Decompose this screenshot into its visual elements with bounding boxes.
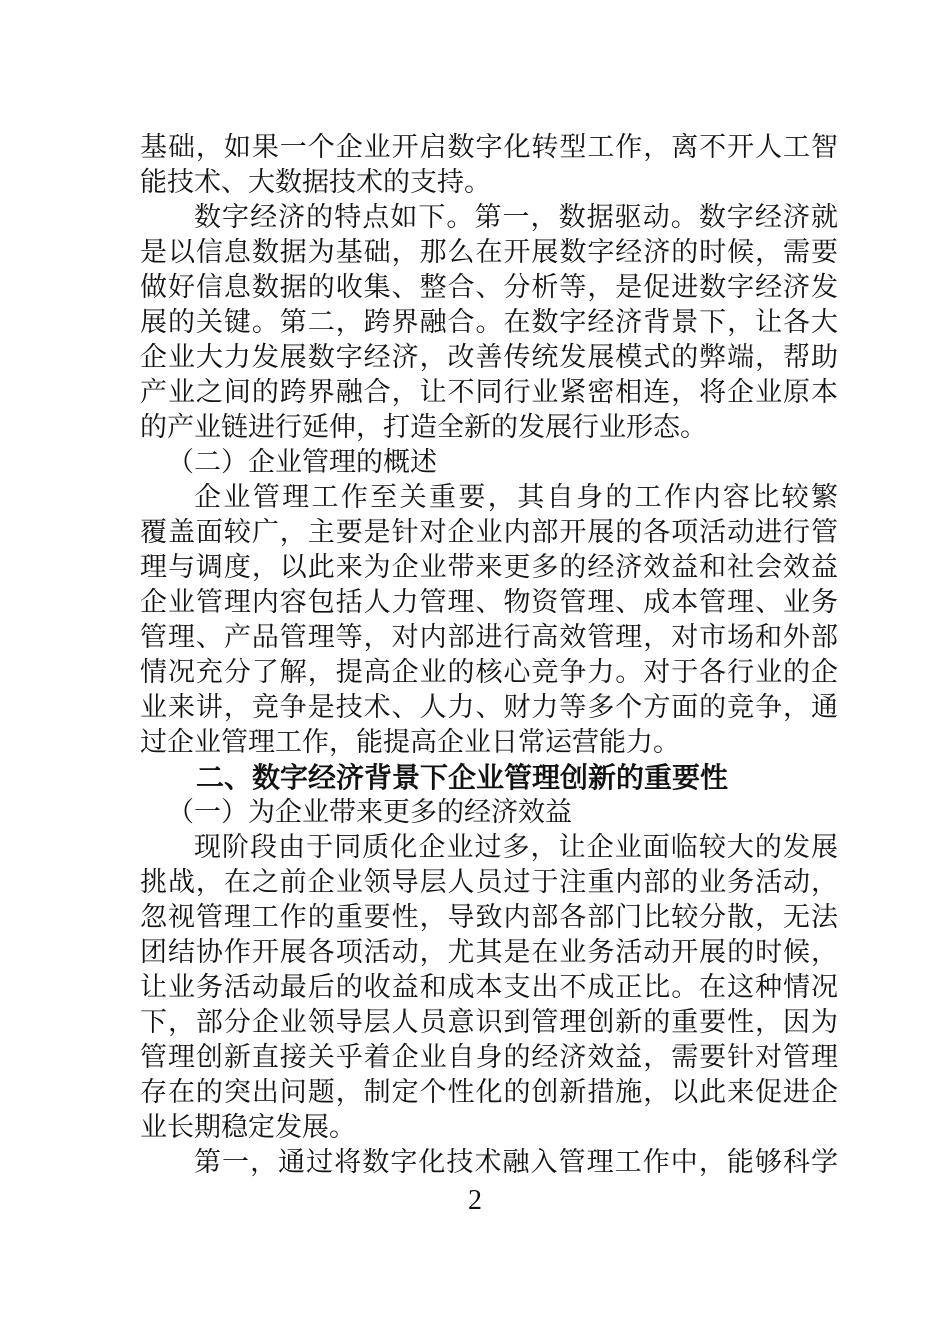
- text-line: 展的关键。第二，跨界融合。在数字经济背景下，让各大: [140, 305, 838, 340]
- section-heading: 二、数字经济背景下企业管理创新的重要性: [140, 760, 838, 795]
- text-line: 过企业管理工作，能提高企业日常运营能力。: [140, 725, 838, 760]
- text-line: 情况充分了解，提高企业的核心竞争力。对于各行业的企: [140, 655, 838, 690]
- text-line: 让业务活动最后的收益和成本支出不成正比。在这种情况: [140, 970, 838, 1005]
- text-line: 挑战，在之前企业领导层人员过于注重内部的业务活动，: [140, 865, 838, 900]
- text-line: 数字经济的特点如下。第一，数据驱动。数字经济就: [140, 200, 838, 235]
- text-line: 管理创新直接关乎着企业自身的经济效益，需要针对管理: [140, 1040, 838, 1075]
- document-page: 基础，如果一个企业开启数字化转型工作，离不开人工智 能技术、大数据技术的支持。 …: [0, 0, 950, 1344]
- text-line: 现阶段由于同质化企业过多，让企业面临较大的发展: [140, 830, 838, 865]
- text-line: 业长期稳定发展。: [140, 1110, 838, 1145]
- text-line: 能技术、大数据技术的支持。: [140, 165, 838, 200]
- text-line: 存在的突出问题，制定个性化的创新措施，以此来促进企: [140, 1075, 838, 1110]
- text-line: 企业大力发展数字经济，改善传统发展模式的弊端，帮助: [140, 340, 838, 375]
- text-line: 理与调度，以此来为企业带来更多的经济效益和社会效益: [140, 550, 838, 585]
- text-line: 做好信息数据的收集、整合、分析等，是促进数字经济发: [140, 270, 838, 305]
- subsection-heading: （二）企业管理的概述: [140, 445, 838, 480]
- text-line: 企业管理工作至关重要，其自身的工作内容比较繁琐，: [140, 480, 838, 515]
- text-line: 团结协作开展各项活动，尤其是在业务活动开展的时候，: [140, 935, 838, 970]
- text-line: 产业之间的跨界融合，让不同行业紧密相连，将企业原本: [140, 375, 838, 410]
- text-line: 第一，通过将数字化技术融入管理工作中，能够科学: [140, 1145, 838, 1180]
- text-line: 覆盖面较广，主要是针对企业内部开展的各项活动进行管: [140, 515, 838, 550]
- text-line: 下，部分企业领导层人员意识到管理创新的重要性，因为: [140, 1005, 838, 1040]
- text-line: 基础，如果一个企业开启数字化转型工作，离不开人工智: [140, 130, 838, 165]
- text-line: 业来讲，竞争是技术、人力、财力等多个方面的竞争，通: [140, 690, 838, 725]
- text-line: 的产业链进行延伸，打造全新的发展行业形态。: [140, 410, 838, 445]
- page-number: 2: [0, 1185, 950, 1217]
- text-line: 管理、产品管理等，对内部进行高效管理，对市场和外部: [140, 620, 838, 655]
- text-line: 忽视管理工作的重要性，导致内部各部门比较分散，无法: [140, 900, 838, 935]
- text-line: 企业管理内容包括人力管理、物资管理、成本管理、业务: [140, 585, 838, 620]
- text-line: 是以信息数据为基础，那么在开展数字经济的时候，需要: [140, 235, 838, 270]
- document-body: 基础，如果一个企业开启数字化转型工作，离不开人工智 能技术、大数据技术的支持。 …: [140, 130, 838, 1180]
- subsection-heading: （一）为企业带来更多的经济效益: [140, 795, 838, 830]
